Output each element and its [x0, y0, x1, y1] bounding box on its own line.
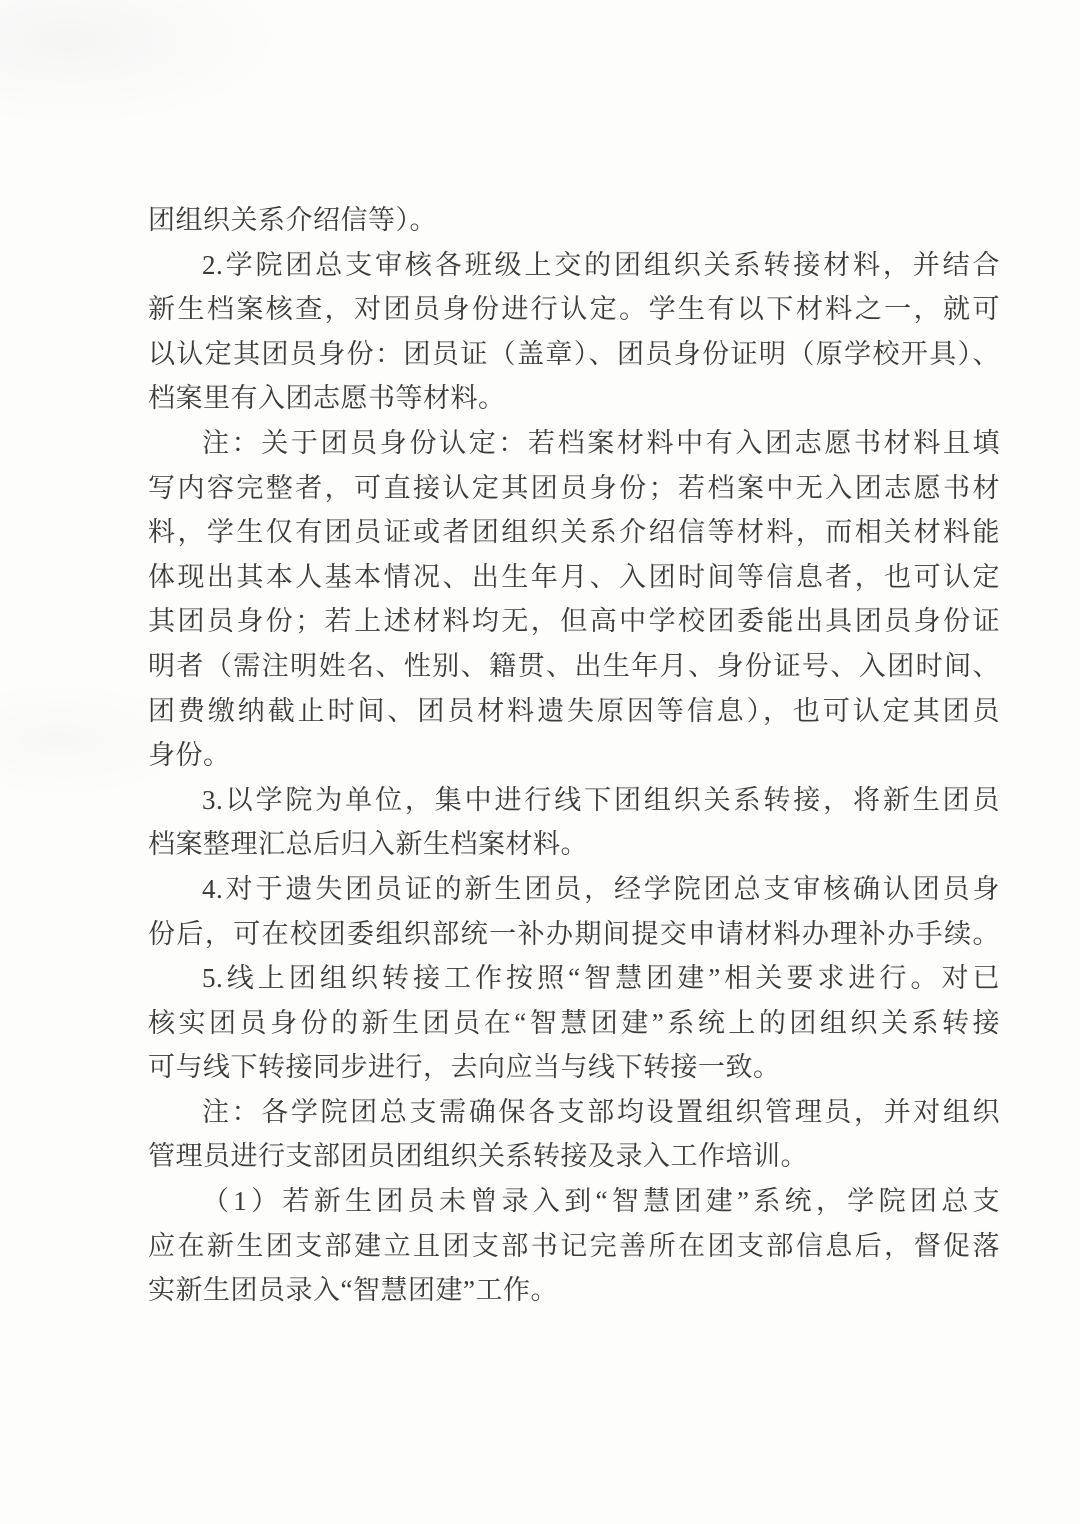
document-line: 团费缴纳截止时间、团员材料遗失原因等信息），也可认定其团员 — [148, 689, 1000, 734]
document-line: 明者（需注明姓名、性别、籍贯、出生年月、身份证号、入团时间、 — [148, 644, 1000, 689]
document-line: 身份。 — [148, 733, 1000, 778]
document-line: 应在新生团支部建立且团支部书记完善所在团支部信息后，督促落 — [148, 1224, 1000, 1269]
document-line: 档案整理汇总后归入新生档案材料。 — [148, 822, 1000, 867]
document-line: 核实团员身份的新生团员在“智慧团建”系统上的团组织关系转接 — [148, 1001, 1000, 1046]
document-page: 团组织关系介绍信等）。 2.学院团总支审核各班级上交的团组织关系转接材料，并结合… — [0, 0, 1080, 1524]
document-line: 注：关于团员身份认定：若档案材料中有入团志愿书材料且填 — [148, 421, 1000, 466]
document-text-block: 团组织关系介绍信等）。 2.学院团总支审核各班级上交的团组织关系转接材料，并结合… — [148, 198, 1000, 1313]
document-line: 实新生团员录入“智慧团建”工作。 — [148, 1268, 1000, 1313]
document-line: 其团员身份；若上述材料均无，但高中学校团委能出具团员身份证 — [148, 599, 1000, 644]
document-line: 料，学生仅有团员证或者团组织关系介绍信等材料，而相关材料能 — [148, 510, 1000, 555]
document-line: 写内容完整者，可直接认定其团员身份；若档案中无入团志愿书材 — [148, 466, 1000, 511]
document-line: 团组织关系介绍信等）。 — [148, 198, 1000, 243]
document-line: 2.学院团总支审核各班级上交的团组织关系转接材料，并结合 — [148, 243, 1000, 288]
document-line: 以认定其团员身份：团员证（盖章）、团员身份证明（原学校开具）、 — [148, 332, 1000, 377]
document-line: 3.以学院为单位，集中进行线下团组织关系转接，将新生团员 — [148, 778, 1000, 823]
document-line: 档案里有入团志愿书等材料。 — [148, 376, 1000, 421]
document-line: 新生档案核查，对团员身份进行认定。学生有以下材料之一，就可 — [148, 287, 1000, 332]
document-line: 体现出其本人基本情况、出生年月、入团时间等信息者，也可认定 — [148, 555, 1000, 600]
document-line: 注：各学院团总支需确保各支部均设置组织管理员，并对组织 — [148, 1090, 1000, 1135]
document-line: 4.对于遗失团员证的新生团员，经学院团总支审核确认团员身 — [148, 867, 1000, 912]
document-line: 份后，可在校团委组织部统一补办期间提交申请材料办理补办手续。 — [148, 912, 1000, 957]
document-line: 管理员进行支部团员团组织关系转接及录入工作培训。 — [148, 1134, 1000, 1179]
document-line: 5.线上团组织转接工作按照“智慧团建”相关要求进行。对已 — [148, 956, 1000, 1001]
document-line: （1）若新生团员未曾录入到“智慧团建”系统，学院团总支 — [148, 1179, 1000, 1224]
document-line: 可与线下转接同步进行，去向应当与线下转接一致。 — [148, 1045, 1000, 1090]
